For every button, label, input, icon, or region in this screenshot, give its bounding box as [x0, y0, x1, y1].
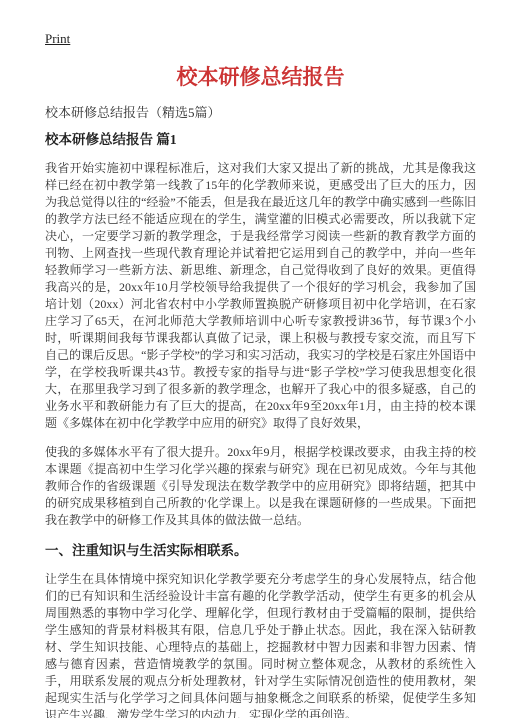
- paragraph-3: 让学生在具体情境中探究知识化学教学要充分考虑学生的身心发展特点，结合他们的已有知…: [45, 571, 476, 718]
- subtitle: 校本研修总结报告（精选5篇）: [45, 105, 476, 120]
- paragraph-1: 我省开始实施初中课程标准后，这对我们大家又提出了新的挑战，尤其是像我这样已经在初…: [45, 160, 476, 432]
- section-heading-1: 一、注重知识与生活实际相联系。: [45, 543, 476, 559]
- document-page: Print 校本研修总结报告 校本研修总结报告（精选5篇） 校本研修总结报告 篇…: [0, 0, 520, 718]
- page-title: 校本研修总结报告: [45, 64, 476, 91]
- paragraph-2: 使我的多媒体水平有了很大提升。20xx年9月，根据学校课改要求，由我主持的校本课…: [45, 444, 476, 529]
- print-link[interactable]: Print: [45, 31, 70, 47]
- article-heading-part1: 校本研修总结报告 篇1: [45, 132, 476, 148]
